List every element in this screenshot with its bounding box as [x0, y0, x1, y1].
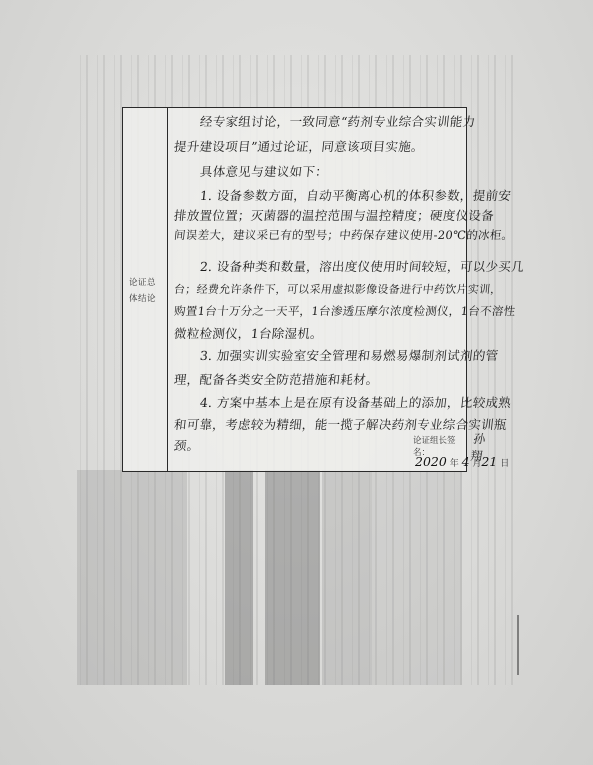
photocopy-streak	[322, 470, 372, 685]
paragraph-line: 微粒检测仪，1台除湿机。	[173, 326, 324, 341]
photocopy-streak	[372, 470, 462, 685]
paragraph-line: 间误差大，建议采已有的型号；中药保存建议使用-20℃的冰柜。	[173, 228, 514, 243]
paragraph-line: 购置1台十万分之一天平，1台渗透压摩尔浓度检测仪，1台不溶性	[173, 304, 516, 319]
label-line-1: 论证总	[129, 275, 163, 291]
paragraph-line: 3. 加强实训实验室安全管理和易燃易爆制剂试剂的管	[199, 348, 499, 363]
paragraph-line: 和可靠，考虑较为精细，能一揽子解决药剂专业综合实训瓶	[173, 417, 507, 432]
photocopy-streak	[77, 470, 187, 685]
date-day-unit: 日	[500, 459, 509, 469]
conclusion-table: 论证总 体结论 经专家组讨论，一致同意“药剂专业综合实训能力 提升建设项目”通过…	[122, 107, 467, 472]
paragraph-line: 4. 方案中基本上是在原有设备基础上的添加，比较成熟	[199, 395, 512, 410]
photocopy-mark	[517, 615, 519, 675]
paragraph-line: 颈。	[173, 438, 200, 453]
photocopy-streak	[265, 470, 320, 685]
paragraph-line: 理，配备各类安全防范措施和耗材。	[173, 372, 379, 387]
paragraph-line: 经专家组讨论，一致同意“药剂专业综合实训能力	[199, 114, 476, 129]
paragraph-line: 提升建设项目”通过论证，同意该项目实施。	[173, 139, 424, 154]
photocopy-streak	[225, 470, 253, 685]
conclusion-content: 经专家组讨论，一致同意“药剂专业综合实训能力 提升建设项目”通过论证，同意该项目…	[168, 108, 466, 471]
paragraph-line: 2. 设备种类和数量，溶出度仪使用时间较短，可以少买几	[199, 259, 525, 274]
paragraph-line: 排放置位置；灭菌器的温控范围与温控精度；硬度仪设备	[173, 208, 495, 223]
date-year-unit: 年	[450, 459, 459, 469]
label-text: 论证总 体结论	[129, 275, 163, 307]
paragraph-line: 1. 设备参数方面，自动平衡离心机的体积参数，提前安	[199, 188, 512, 203]
label-cell: 论证总 体结论	[123, 108, 168, 471]
date-year: 2020	[415, 454, 447, 469]
date-day: 21	[481, 454, 497, 469]
label-line-2: 体结论	[129, 291, 163, 307]
paragraph-line: 台；经费允许条件下，可以采用虚拟影像设备进行中药饮片实训，	[173, 282, 502, 297]
paragraph-line: 具体意见与建议如下：	[199, 164, 329, 179]
date-month: 4	[462, 454, 470, 469]
date-line: 2020 年 4 月21 日	[415, 454, 509, 469]
